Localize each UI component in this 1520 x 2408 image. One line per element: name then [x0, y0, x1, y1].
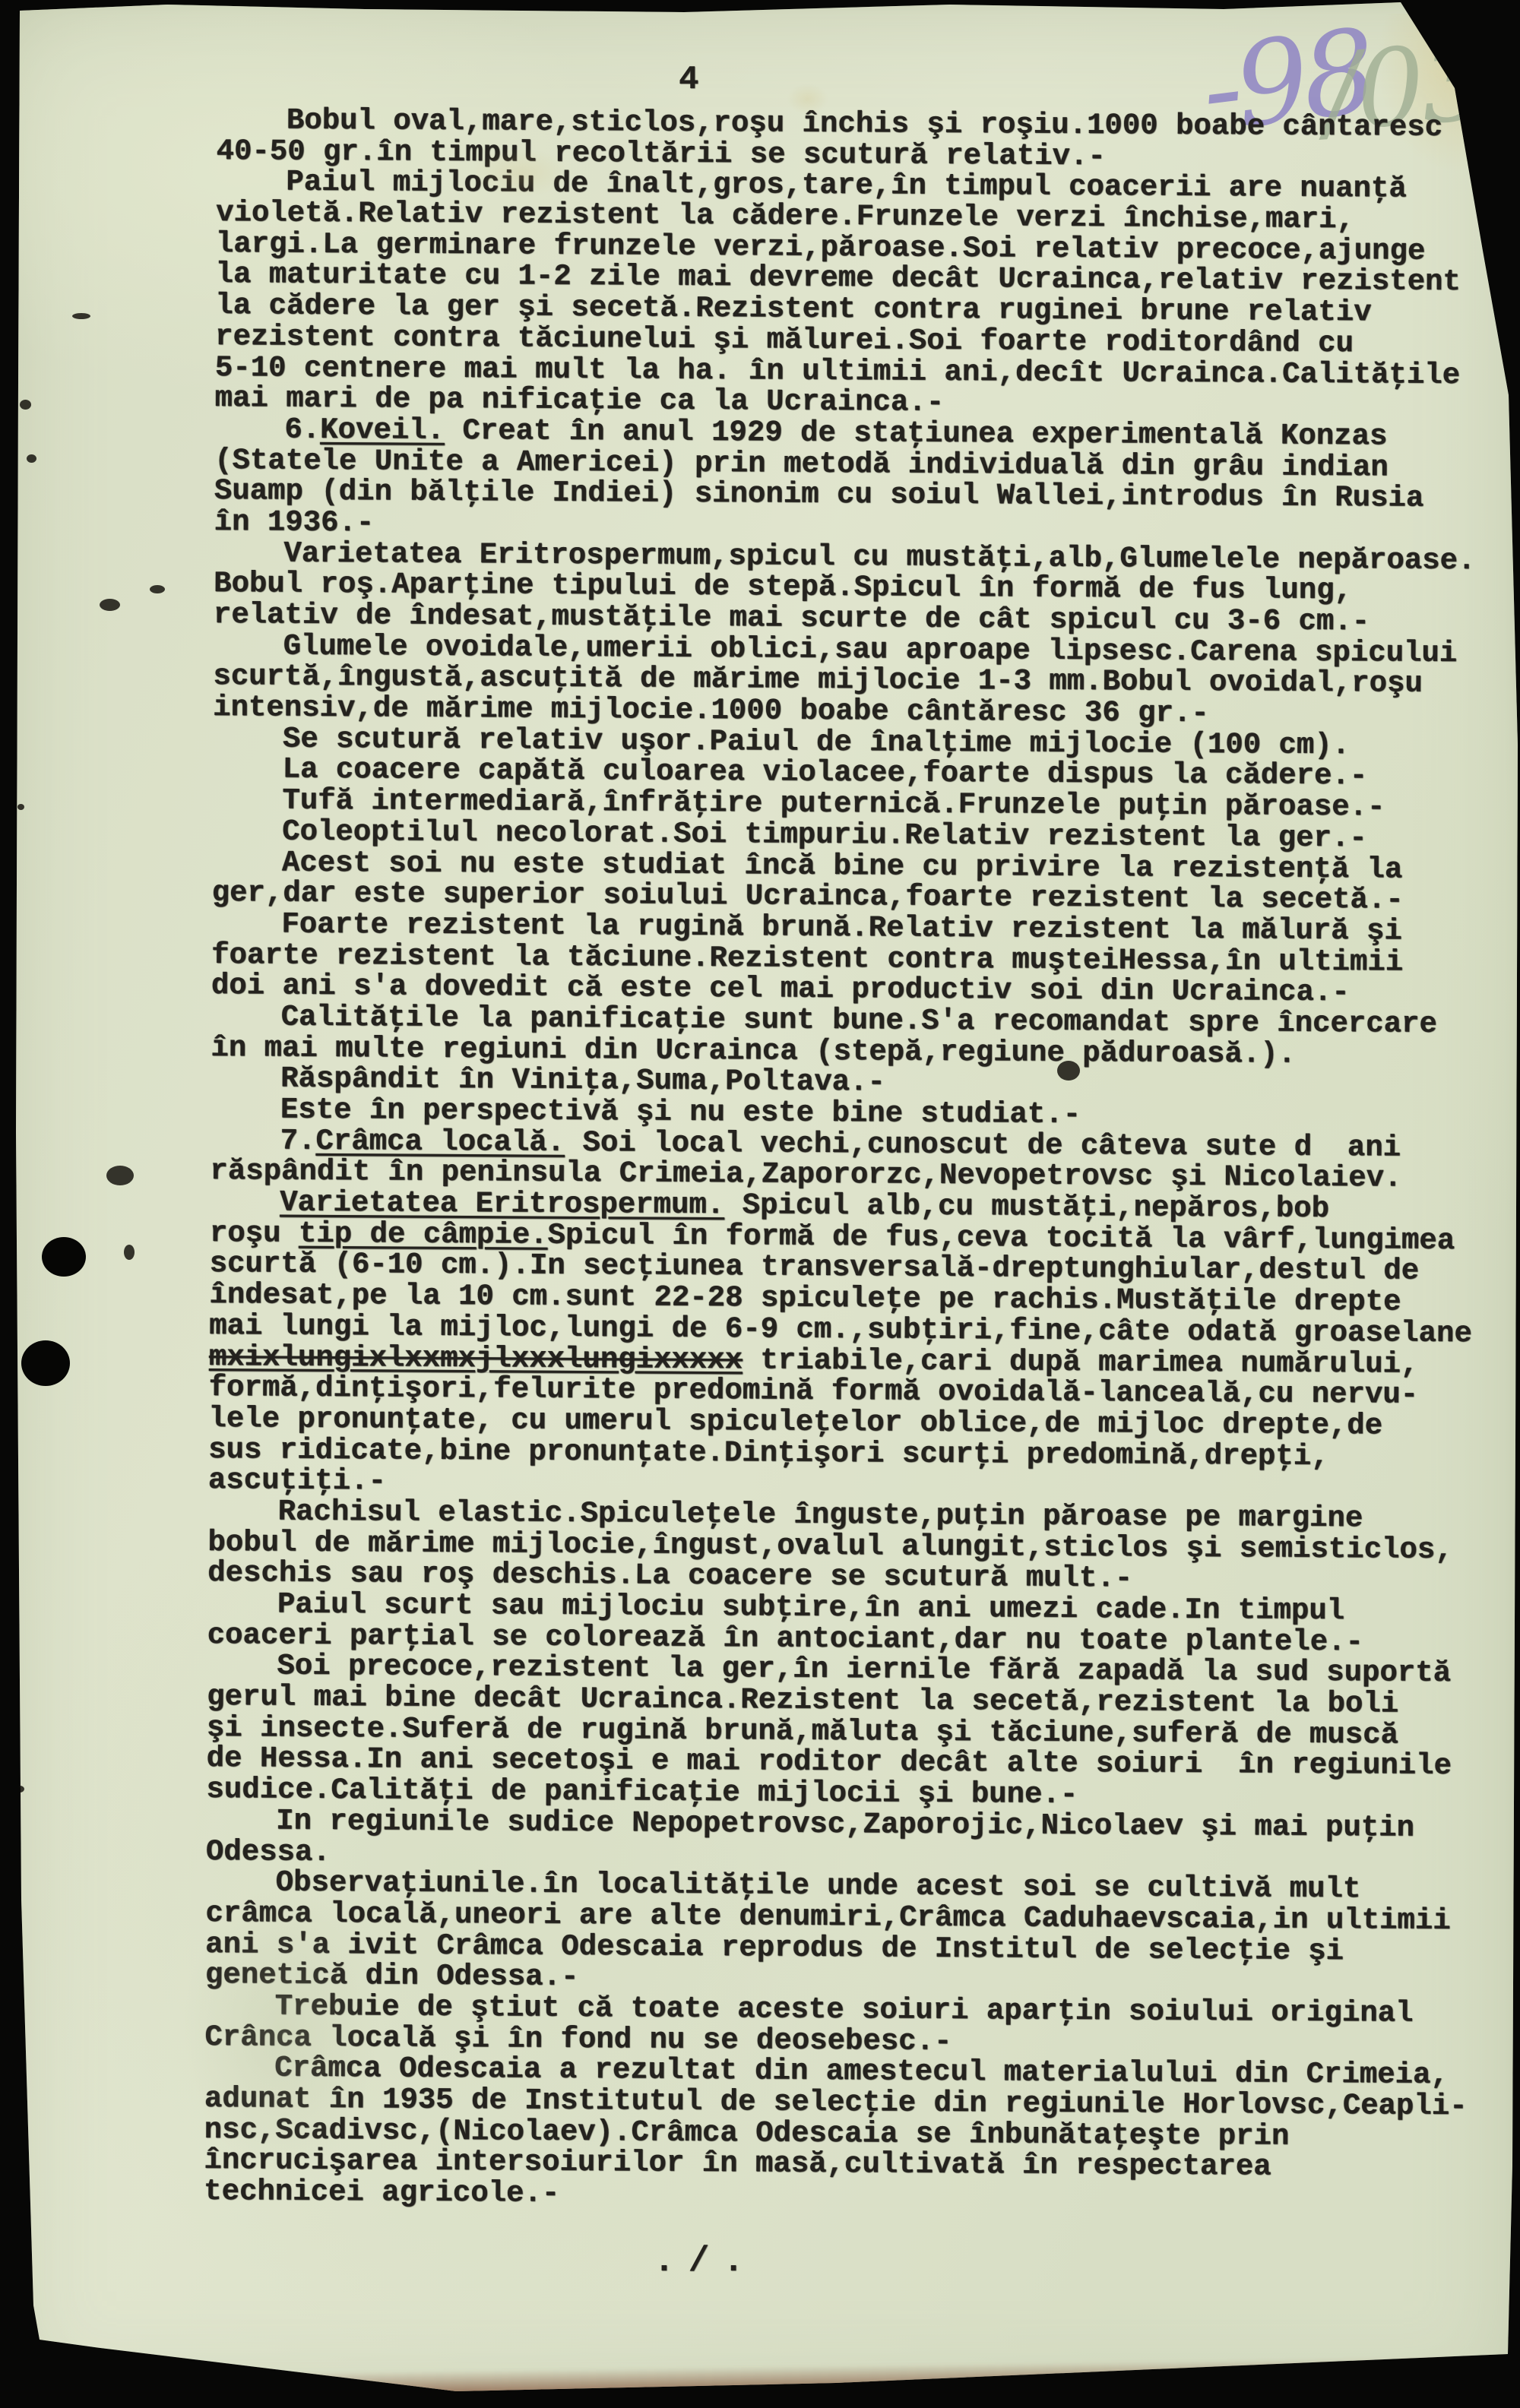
page-number: 4	[679, 61, 698, 99]
ink-speck	[72, 313, 90, 319]
ink-speck	[100, 599, 120, 611]
punch-hole	[42, 1237, 86, 1277]
scorched-bottom-edge	[23, 2356, 1520, 2402]
document-page: 4 -98 /03 Bobul oval,mare,sticlos,roşu î…	[0, 0, 1520, 2408]
ink-speck	[16, 1786, 24, 1793]
typewritten-text: Bobul oval,mare,sticlos,roşu închis şi r…	[204, 105, 1493, 2215]
text-line: In regiunile sudice Nepopetrovsc,Zaporoj…	[206, 1805, 1483, 1844]
ink-speck	[1057, 1061, 1080, 1081]
text-line: Suamp (din bălţile Indiei) sinonim cu so…	[214, 476, 1491, 514]
punch-hole	[21, 1340, 70, 1386]
ink-speck	[150, 585, 165, 593]
ink-speck	[124, 1245, 135, 1260]
ink-speck	[20, 400, 31, 410]
ink-speck	[27, 454, 36, 463]
text-line: sus ridicate,bine pronunţate.Dinţişori s…	[208, 1435, 1485, 1473]
ink-speck	[17, 804, 24, 810]
ink-speck	[106, 1166, 134, 1185]
scanned-document-screenshot: 4 -98 /03 Bobul oval,mare,sticlos,roşu î…	[0, 0, 1520, 2408]
footer-mark: ./.	[654, 2242, 758, 2281]
